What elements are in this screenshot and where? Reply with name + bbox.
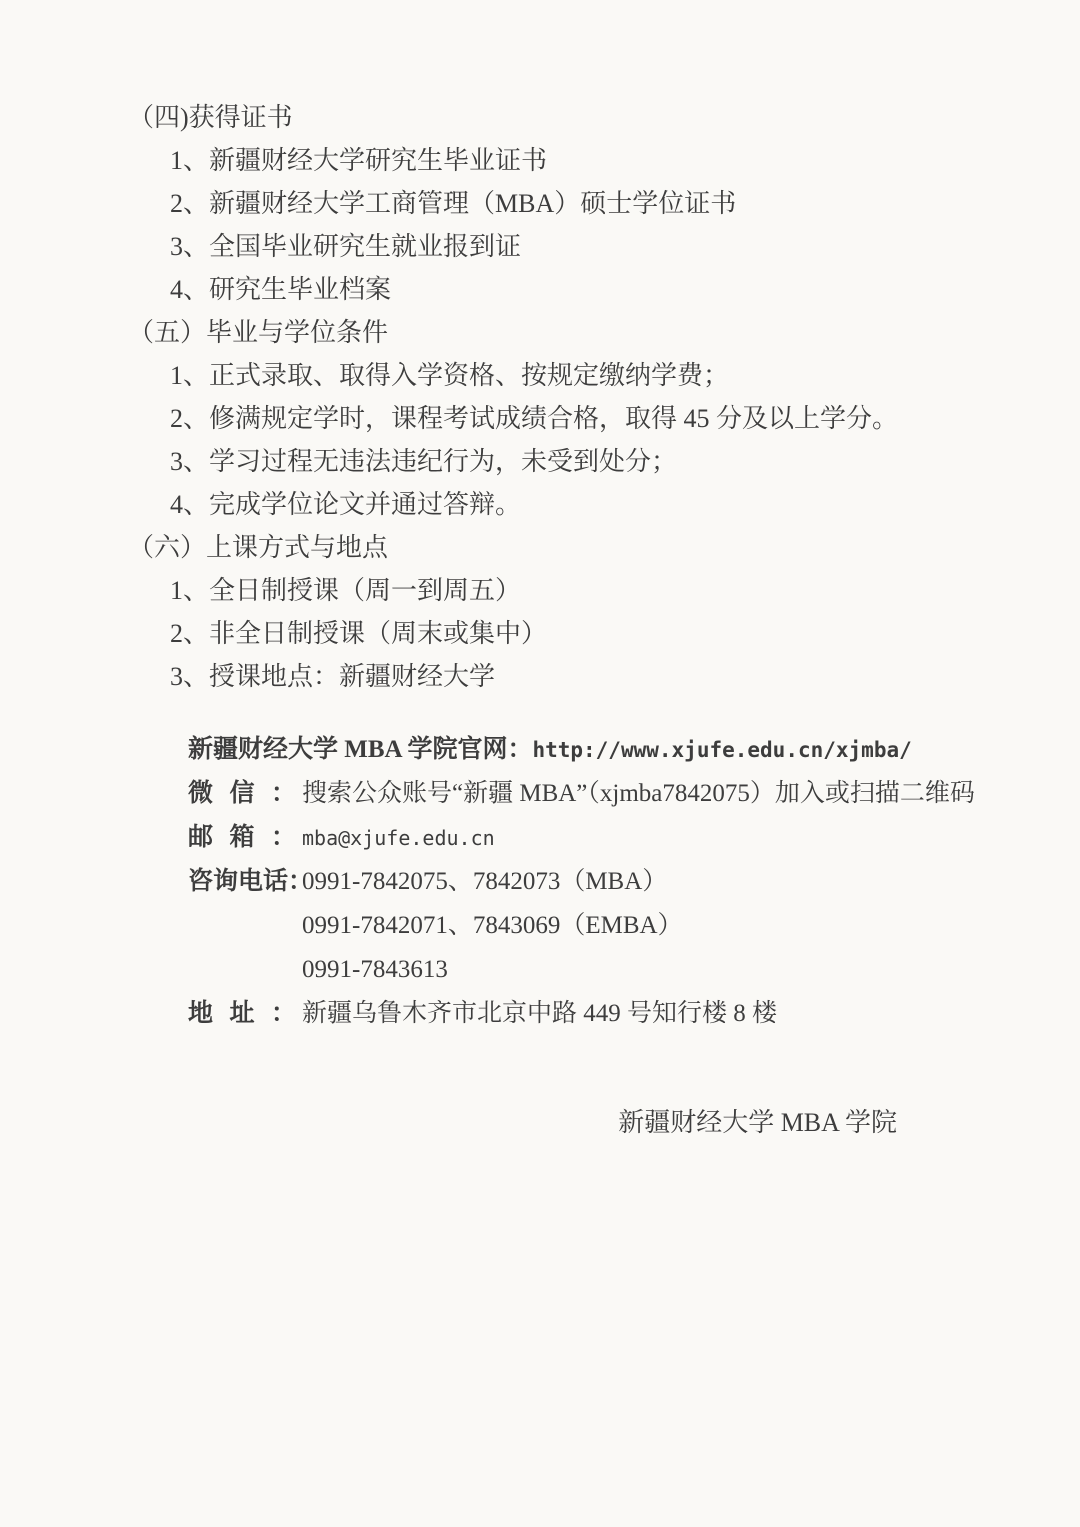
website-url: http://www.xjufe.edu.cn/xjmba/ — [532, 738, 911, 762]
address-line: 地址：新疆乌鲁木齐市北京中路 449 号知行楼 8 楼 — [188, 992, 1080, 1036]
section-graduation-conditions: （五）毕业与学位条件 1、正式录取、取得入学资格、按规定缴纳学费； 2、修满规定… — [0, 311, 1080, 526]
email-value: mba@xjufe.edu.cn — [302, 826, 495, 850]
list-item: 3、学习过程无违法违纪行为，未受到处分； — [170, 440, 1080, 483]
section-heading: （四)获得证书 — [128, 96, 1080, 139]
list-item: 2、修满规定学时，课程考试成绩合格，取得 45 分及以上学分。 — [170, 397, 1080, 440]
section-heading: （五）毕业与学位条件 — [128, 311, 1080, 354]
list-item: 3、授课地点：新疆财经大学 — [170, 655, 1080, 698]
list-item: 2、非全日制授课（周末或集中） — [170, 612, 1080, 655]
address-label: 地址： — [188, 992, 296, 1036]
list-item: 3、全国毕业研究生就业报到证 — [170, 225, 1080, 268]
section-class-mode-location: （六）上课方式与地点 1、全日制授课（周一到周五） 2、非全日制授课（周末或集中… — [0, 526, 1080, 698]
wechat-line: 微信：搜索公众账号“新疆 MBA”（xjmba7842075）加入或扫描二维码 — [188, 772, 1080, 816]
email-label: 邮箱： — [188, 816, 296, 860]
wechat-label: 微信： — [188, 772, 296, 816]
website-label: 新疆财经大学 MBA 学院官网： — [188, 736, 532, 763]
phone-line-continued: 0991-7842071、7843069（EMBA） — [302, 904, 1080, 948]
section-certificates: （四)获得证书 1、新疆财经大学研究生毕业证书 2、新疆财经大学工商管理（MBA… — [0, 96, 1080, 311]
phone-value: 0991-7842075、7842073（MBA） — [302, 868, 667, 895]
section-heading: （六）上课方式与地点 — [128, 526, 1080, 569]
phone-label: 咨询电话： — [188, 860, 296, 904]
list-item: 2、新疆财经大学工商管理（MBA）硕士学位证书 — [170, 182, 1080, 225]
email-line: 邮箱：mba@xjufe.edu.cn — [188, 816, 1080, 860]
document-page: （四)获得证书 1、新疆财经大学研究生毕业证书 2、新疆财经大学工商管理（MBA… — [0, 0, 1080, 1527]
wechat-value: 搜索公众账号“新疆 MBA”（xjmba7842075）加入或扫描二维码 — [302, 780, 975, 807]
list-item: 4、完成学位论文并通过答辩。 — [170, 483, 1080, 526]
signature: 新疆财经大学 MBA 学院 — [0, 1108, 897, 1138]
list-item: 1、新疆财经大学研究生毕业证书 — [170, 139, 1080, 182]
list-item: 1、全日制授课（周一到周五） — [170, 569, 1080, 612]
website-line: 新疆财经大学 MBA 学院官网：http://www.xjufe.edu.cn/… — [188, 728, 1080, 772]
phone-line-continued: 0991-7843613 — [302, 948, 1080, 992]
list-item: 1、正式录取、取得入学资格、按规定缴纳学费； — [170, 354, 1080, 397]
phone-line: 咨询电话：0991-7842075、7842073（MBA） — [188, 860, 1080, 904]
contact-block: 新疆财经大学 MBA 学院官网：http://www.xjufe.edu.cn/… — [188, 728, 1080, 1036]
address-value: 新疆乌鲁木齐市北京中路 449 号知行楼 8 楼 — [302, 1000, 777, 1027]
list-item: 4、研究生毕业档案 — [170, 268, 1080, 311]
